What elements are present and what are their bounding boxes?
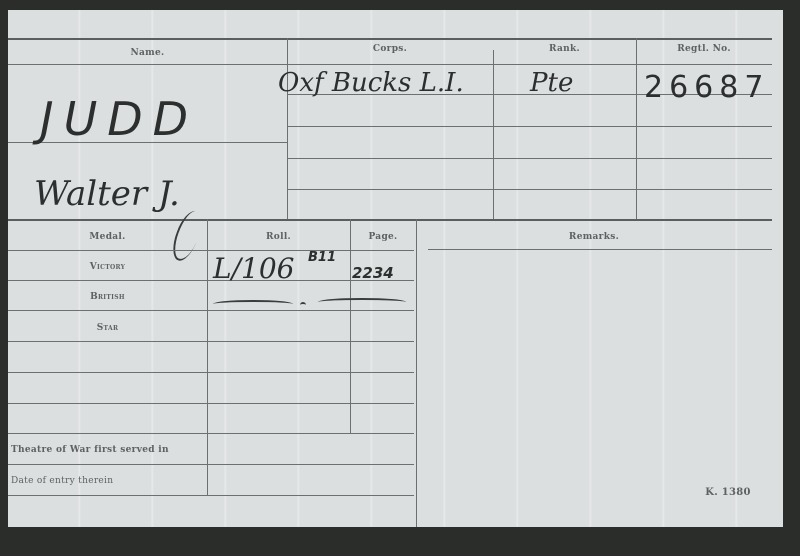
col-divider-page-remarks [416, 219, 417, 527]
medal-row-rule-2 [8, 310, 414, 311]
medal-row-victory: Victory [8, 262, 207, 272]
theatre-of-war-label: Theatre of War first served in [11, 445, 207, 455]
col-divider-roll-page [350, 219, 351, 433]
col-divider-name-corps [287, 38, 288, 219]
surname-value: JUDD [40, 92, 198, 146]
regt-no-label: Regtl. No. [636, 44, 772, 54]
col-divider-rank-regt [636, 38, 637, 219]
remarks-label: Remarks. [416, 232, 772, 242]
col-divider-medal-roll [207, 219, 208, 495]
ditto-stroke-left [213, 300, 293, 308]
date-row-rule [8, 495, 414, 496]
row-rule-4 [288, 189, 772, 190]
ditto-stroke-right [318, 298, 406, 306]
forenames-value: Walter J. [34, 174, 180, 214]
medal-row-star: Star [8, 323, 207, 333]
date-of-entry-label: Date of entry therein [11, 476, 207, 486]
header-rule [8, 64, 772, 65]
medal-row-rule-6 [8, 433, 414, 434]
page-label: Page. [350, 232, 416, 242]
corps-label: Corps. [287, 44, 493, 54]
medal-index-card: Name. Corps. Rank. Regtl. No. JUDD Walte… [8, 10, 783, 527]
medal-row-rule-4 [8, 372, 414, 373]
remarks-header-rule [428, 249, 772, 250]
name-label: Name. [8, 48, 287, 58]
form-number: K. 1380 [698, 487, 758, 498]
top-rule [8, 38, 772, 40]
section-divider [8, 219, 772, 221]
corps-value: Oxf Bucks L.I. [278, 68, 464, 98]
medal-header-rule [8, 250, 414, 251]
theatre-row-rule [8, 464, 414, 465]
page-value: 2234 [352, 264, 394, 282]
ditto-dot [300, 302, 306, 308]
medal-row-british: British [8, 292, 207, 302]
col-divider-corps-rank [493, 50, 494, 219]
rank-value: Pte [530, 68, 573, 98]
roll-value: L/106 [213, 252, 294, 285]
roll-label: Roll. [207, 232, 350, 242]
row-rule-2 [288, 126, 772, 127]
medal-label: Medal. [8, 232, 207, 242]
rank-label: Rank. [493, 44, 636, 54]
row-rule-3 [288, 158, 772, 159]
regt-no-value: 26687 [644, 70, 769, 105]
roll-superscript: B11 [308, 250, 336, 265]
medal-row-rule-5 [8, 403, 414, 404]
medal-row-rule-3 [8, 341, 414, 342]
